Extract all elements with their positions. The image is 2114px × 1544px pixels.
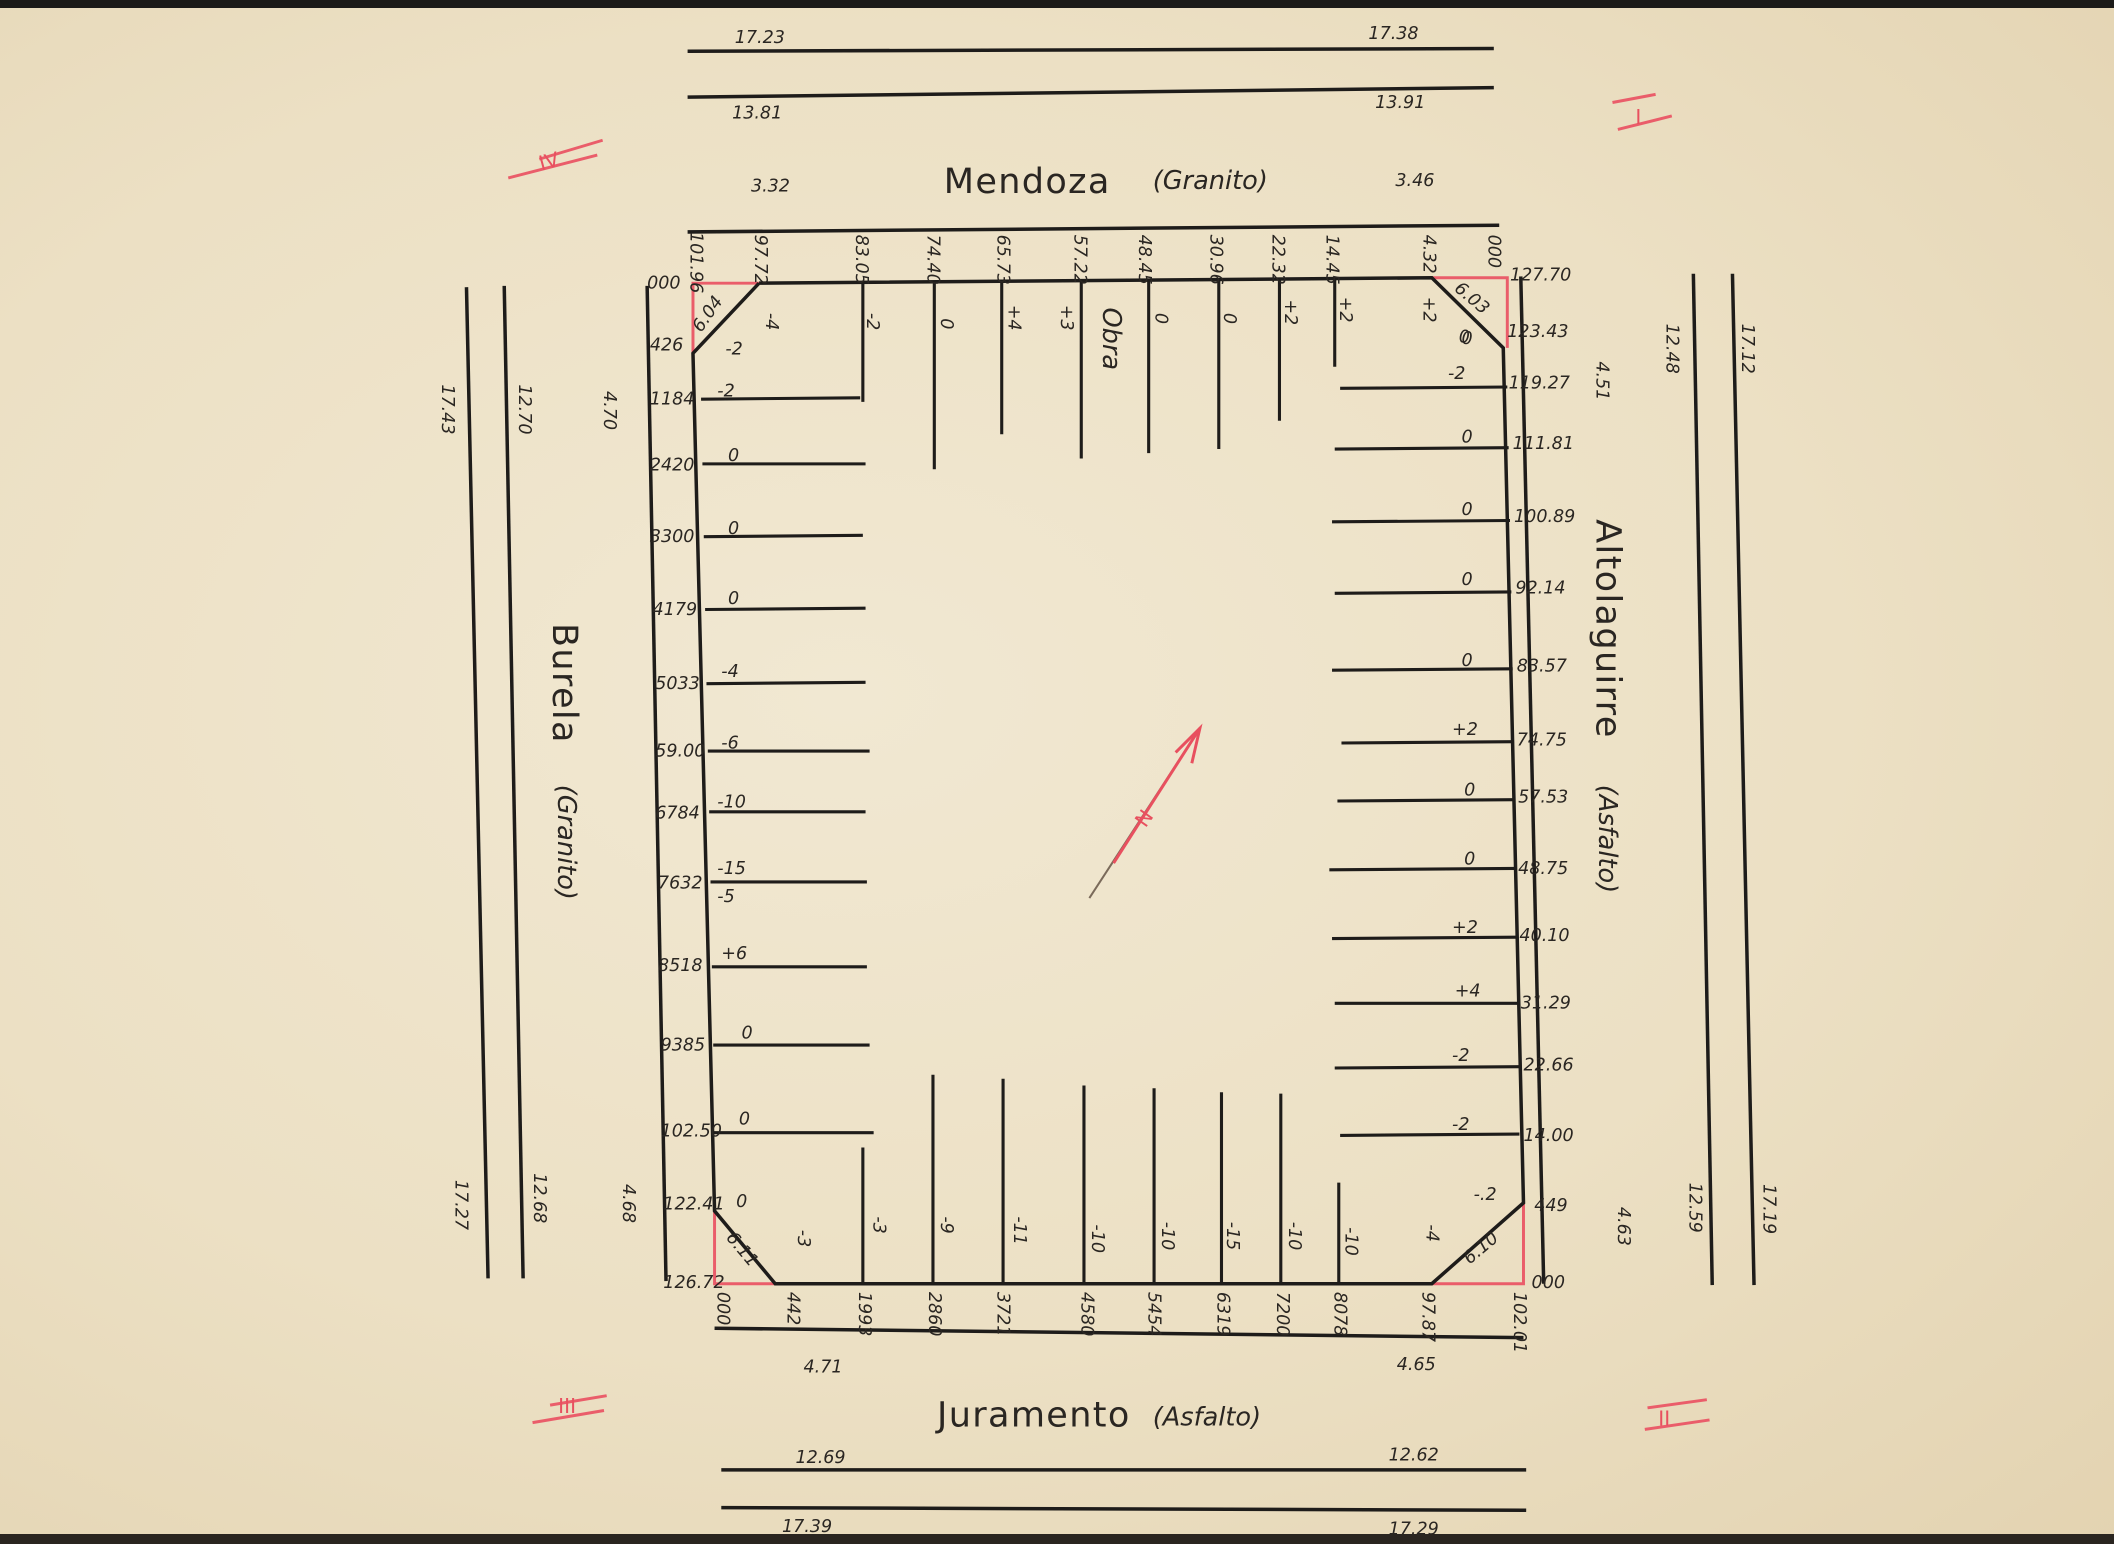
svg-text:III: III	[558, 1394, 576, 1418]
svg-text:-2: -2	[725, 340, 742, 360]
svg-text:-10: -10	[1087, 1224, 1107, 1253]
svg-text:0: 0	[742, 1023, 753, 1043]
svg-text:14.00: 14.00	[1523, 1126, 1573, 1146]
burela-outer-bottom: 17.27	[451, 1180, 471, 1230]
block-plan: 17.23 17.38 13.81 13.91 3.32 3.46 Mendoz…	[0, 0, 2114, 1544]
svg-text:0: 0	[1219, 313, 1239, 324]
svg-text:100.89: 100.89	[1514, 507, 1575, 527]
svg-text:14.45: 14.45	[1322, 235, 1342, 285]
east-levels: 0 -2 0 0 0 0 +2 0 0 +2 +4 -2 -2 -.2	[1448, 329, 1497, 1205]
svg-text:83.57: 83.57	[1517, 657, 1567, 677]
juramento-width-right: 4.65	[1397, 1355, 1436, 1375]
burela-surface: (Granito)	[551, 785, 581, 900]
mendoza-inner-left: 13.81	[732, 104, 782, 124]
svg-text:127.70: 127.70	[1510, 265, 1571, 285]
juramento-width-left: 4.71	[804, 1358, 843, 1378]
svg-text:123.43: 123.43	[1507, 322, 1568, 342]
juramento-outer-line	[721, 1508, 1526, 1511]
svg-text:6784: 6784	[655, 804, 700, 824]
svg-text:-5: -5	[717, 887, 734, 907]
svg-text:9385: 9385	[661, 1035, 706, 1055]
svg-text:-2: -2	[862, 313, 882, 330]
quadrant-markers: IV I III II	[508, 94, 1709, 1430]
svg-text:-11: -11	[1009, 1216, 1029, 1245]
svg-text:65.73: 65.73	[993, 235, 1013, 285]
svg-text:22.32: 22.32	[1268, 235, 1288, 285]
svg-text:8518: 8518	[658, 956, 703, 976]
svg-text:0: 0	[739, 1110, 750, 1130]
mendoza-outer-left: 17.23	[735, 28, 785, 48]
ne-chamfer: 6.03	[1450, 278, 1493, 318]
svg-text:30.96: 30.96	[1206, 235, 1226, 285]
svg-text:-10: -10	[717, 793, 746, 813]
altolaguirre-inner-top: 12.48	[1661, 324, 1681, 374]
se-chamfer: 6.10	[1460, 1228, 1503, 1268]
svg-text:+4: +4	[1003, 305, 1023, 331]
svg-text:0: 0	[1461, 329, 1472, 349]
svg-text:101.96: 101.96	[685, 232, 705, 293]
svg-text:1993: 1993	[854, 1292, 874, 1337]
mendoza-curb-line	[688, 225, 1500, 232]
juramento-street: 4.71 4.65 Juramento (Asfalto) 12.69 12.6…	[715, 1328, 1527, 1539]
quadrant-ii-mark: II	[1645, 1400, 1710, 1431]
svg-text:57.22: 57.22	[1070, 235, 1090, 285]
svg-text:-2: -2	[1452, 1046, 1469, 1066]
altolaguirre-outer-bottom: 17.19	[1758, 1184, 1778, 1234]
altolaguirre-width-bottom: 4.63	[1613, 1207, 1633, 1246]
svg-text:3300: 3300	[650, 527, 695, 547]
juramento-surface: (Asfalto)	[1153, 1402, 1261, 1432]
mendoza-name: Mendoza	[944, 161, 1111, 202]
burela-inner-bottom: 12.68	[529, 1173, 549, 1223]
svg-text:22.66: 22.66	[1523, 1056, 1573, 1076]
altolaguirre-outer-top: 17.12	[1737, 324, 1757, 374]
svg-text:7200: 7200	[1272, 1292, 1292, 1337]
altolaguirre-name: Altolaguirre	[1587, 519, 1628, 739]
svg-text:111.81: 111.81	[1513, 434, 1574, 454]
svg-text:5454: 5454	[1144, 1292, 1164, 1337]
altolaguirre-width-top: 4.51	[1591, 361, 1611, 400]
svg-text:0: 0	[1461, 500, 1472, 520]
svg-text:0: 0	[1464, 781, 1475, 801]
juramento-outer-left: 17.39	[782, 1517, 832, 1537]
svg-text:+3: +3	[1056, 305, 1076, 331]
svg-text:0: 0	[1461, 651, 1472, 671]
svg-text:000: 000	[712, 1292, 732, 1325]
svg-text:-.2: -.2	[1474, 1185, 1497, 1205]
svg-text:74.40: 74.40	[923, 235, 943, 285]
burela-street: 17.43 17.27 12.70 12.68 4.70 4.68 Burela…	[437, 286, 666, 1281]
juramento-outer-right: 17.29	[1389, 1520, 1439, 1540]
burela-name: Burela	[544, 623, 585, 744]
svg-text:000: 000	[1532, 1273, 1565, 1293]
svg-text:4179: 4179	[653, 600, 698, 620]
sw-chamfer: 6.11	[722, 1228, 762, 1271]
svg-text:+2: +2	[1280, 299, 1300, 325]
quadrant-i-mark: I	[1612, 94, 1671, 129]
svg-text:3721: 3721	[993, 1292, 1013, 1337]
burela-width-bottom: 4.68	[618, 1184, 638, 1223]
juramento-curb-line	[715, 1328, 1524, 1337]
svg-text:-4: -4	[721, 662, 738, 682]
svg-text:449: 449	[1534, 1196, 1567, 1216]
survey-sheet: 17.23 17.38 13.81 13.91 3.32 3.46 Mendoz…	[0, 0, 2114, 1544]
svg-text:119.27: 119.27	[1509, 373, 1570, 393]
east-stations: 127.70 123.43 119.27 111.81 100.89 92.14…	[1507, 265, 1575, 1292]
svg-text:II: II	[1658, 1406, 1670, 1430]
svg-text:31.29: 31.29	[1521, 994, 1571, 1014]
svg-text:74.75: 74.75	[1517, 731, 1567, 751]
svg-text:8078: 8078	[1330, 1292, 1350, 1337]
svg-text:-10: -10	[1284, 1222, 1304, 1251]
juramento-inner-right: 12.62	[1389, 1445, 1439, 1465]
mendoza-width-left: 3.32	[751, 176, 790, 196]
altolaguirre-outer-line	[1732, 274, 1754, 1285]
svg-text:1184: 1184	[650, 390, 695, 410]
quadrant-iv-mark: IV	[508, 140, 602, 178]
svg-text:-15: -15	[1222, 1222, 1242, 1251]
svg-text:-2: -2	[717, 381, 734, 401]
svg-text:0: 0	[1464, 849, 1475, 869]
svg-text:000: 000	[647, 274, 680, 294]
juramento-name: Juramento	[935, 1395, 1131, 1436]
burela-inner-top: 12.70	[514, 384, 534, 434]
west-lot-lines	[701, 398, 874, 1133]
svg-text:57.53: 57.53	[1518, 787, 1568, 807]
svg-text:-15: -15	[717, 859, 746, 879]
svg-text:-3: -3	[869, 1216, 889, 1233]
svg-text:126.72: 126.72	[663, 1273, 724, 1293]
svg-text:442: 442	[782, 1292, 802, 1325]
south-levels: -3 -3 -9 -11 -10 -10 -15 -10 -10 -4	[793, 1216, 1441, 1255]
svg-text:0: 0	[936, 318, 956, 329]
mendoza-width-right: 3.46	[1395, 171, 1434, 191]
svg-text:0: 0	[1461, 427, 1472, 447]
burela-outer-line	[466, 287, 488, 1278]
east-lot-lines	[1329, 387, 1519, 1135]
svg-text:6319: 6319	[1212, 1292, 1232, 1337]
svg-text:0: 0	[728, 446, 739, 466]
svg-text:48.75: 48.75	[1518, 859, 1568, 879]
svg-text:000: 000	[1483, 235, 1503, 268]
svg-text:-2: -2	[1452, 1115, 1469, 1135]
juramento-inner-left: 12.69	[795, 1448, 845, 1468]
svg-text:+4: +4	[1455, 982, 1481, 1002]
svg-text:0: 0	[728, 589, 739, 609]
svg-text:-10: -10	[1157, 1222, 1177, 1251]
altolaguirre-surface: (Asfalto)	[1592, 785, 1622, 893]
obra-note: Obra	[1096, 307, 1126, 370]
mendoza-street: 17.23 17.38 13.81 13.91 3.32 3.46 Mendoz…	[688, 24, 1500, 232]
south-stations: 000 442 1993 2860 3721 4580 5454 6319 72…	[712, 1292, 1529, 1353]
svg-text:2860: 2860	[924, 1292, 944, 1337]
svg-text:2420: 2420	[650, 456, 695, 476]
svg-text:-4: -4	[1421, 1224, 1441, 1241]
svg-text:0: 0	[728, 519, 739, 539]
svg-text:97.72: 97.72	[750, 235, 770, 285]
svg-text:59.00: 59.00	[655, 741, 705, 761]
west-levels: -2 -2 0 0 0 -4 -6 -10 -15 -5 +6 0 0 0	[717, 340, 752, 1212]
svg-text:+2: +2	[1335, 297, 1355, 323]
svg-text:-2: -2	[1448, 364, 1465, 384]
svg-text:7632: 7632	[658, 874, 703, 894]
svg-text:-4: -4	[761, 313, 781, 330]
svg-text:92.14: 92.14	[1515, 578, 1565, 598]
svg-text:I: I	[1635, 105, 1641, 129]
svg-text:40.10: 40.10	[1519, 926, 1569, 946]
svg-text:+2: +2	[1452, 720, 1478, 740]
svg-text:4.32: 4.32	[1419, 235, 1439, 274]
nw-chamfer: 6.04	[689, 293, 728, 336]
svg-text:+2: +2	[1419, 297, 1439, 323]
svg-text:102.50: 102.50	[661, 1122, 722, 1142]
svg-text:122.41: 122.41	[663, 1195, 724, 1215]
quadrant-iii-mark: III	[533, 1394, 607, 1422]
svg-text:0: 0	[736, 1192, 747, 1212]
svg-text:0: 0	[1150, 313, 1170, 324]
svg-text:83.05: 83.05	[851, 235, 871, 285]
svg-text:426: 426	[650, 336, 683, 356]
svg-text:5033: 5033	[655, 674, 700, 694]
svg-text:-9: -9	[936, 1216, 956, 1233]
mendoza-outer-line	[688, 49, 1494, 52]
burela-outer-top: 17.43	[437, 384, 457, 434]
svg-text:-10: -10	[1341, 1227, 1361, 1256]
mendoza-inner-right: 13.91	[1375, 93, 1425, 113]
burela-inner-line	[504, 286, 523, 1278]
svg-text:48.45: 48.45	[1134, 235, 1154, 285]
svg-text:+2: +2	[1452, 918, 1478, 938]
svg-text:97.87: 97.87	[1417, 1292, 1437, 1342]
svg-text:-3: -3	[793, 1230, 813, 1247]
svg-text:102.01: 102.01	[1509, 1292, 1529, 1353]
svg-text:-6: -6	[721, 733, 738, 753]
burela-width-top: 4.70	[599, 391, 619, 430]
north-levels: -4 -2 0 +4 +3 0 0 +2 +2 +2 0 Obra	[761, 297, 1470, 370]
altolaguirre-inner-line	[1693, 274, 1712, 1285]
mendoza-outer-right: 17.38	[1368, 24, 1418, 44]
altolaguirre-inner-bottom: 12.59	[1684, 1183, 1704, 1233]
svg-text:4580: 4580	[1076, 1292, 1096, 1337]
svg-text:+6: +6	[721, 944, 747, 964]
mendoza-surface: (Granito)	[1153, 166, 1268, 196]
north-arrow-icon: N	[1089, 728, 1200, 898]
mendoza-inner-line	[688, 88, 1494, 97]
west-stations: 000 426 1184 2420 3300 4179 5033 59.00 6…	[647, 274, 724, 1293]
svg-text:0: 0	[1461, 570, 1472, 590]
